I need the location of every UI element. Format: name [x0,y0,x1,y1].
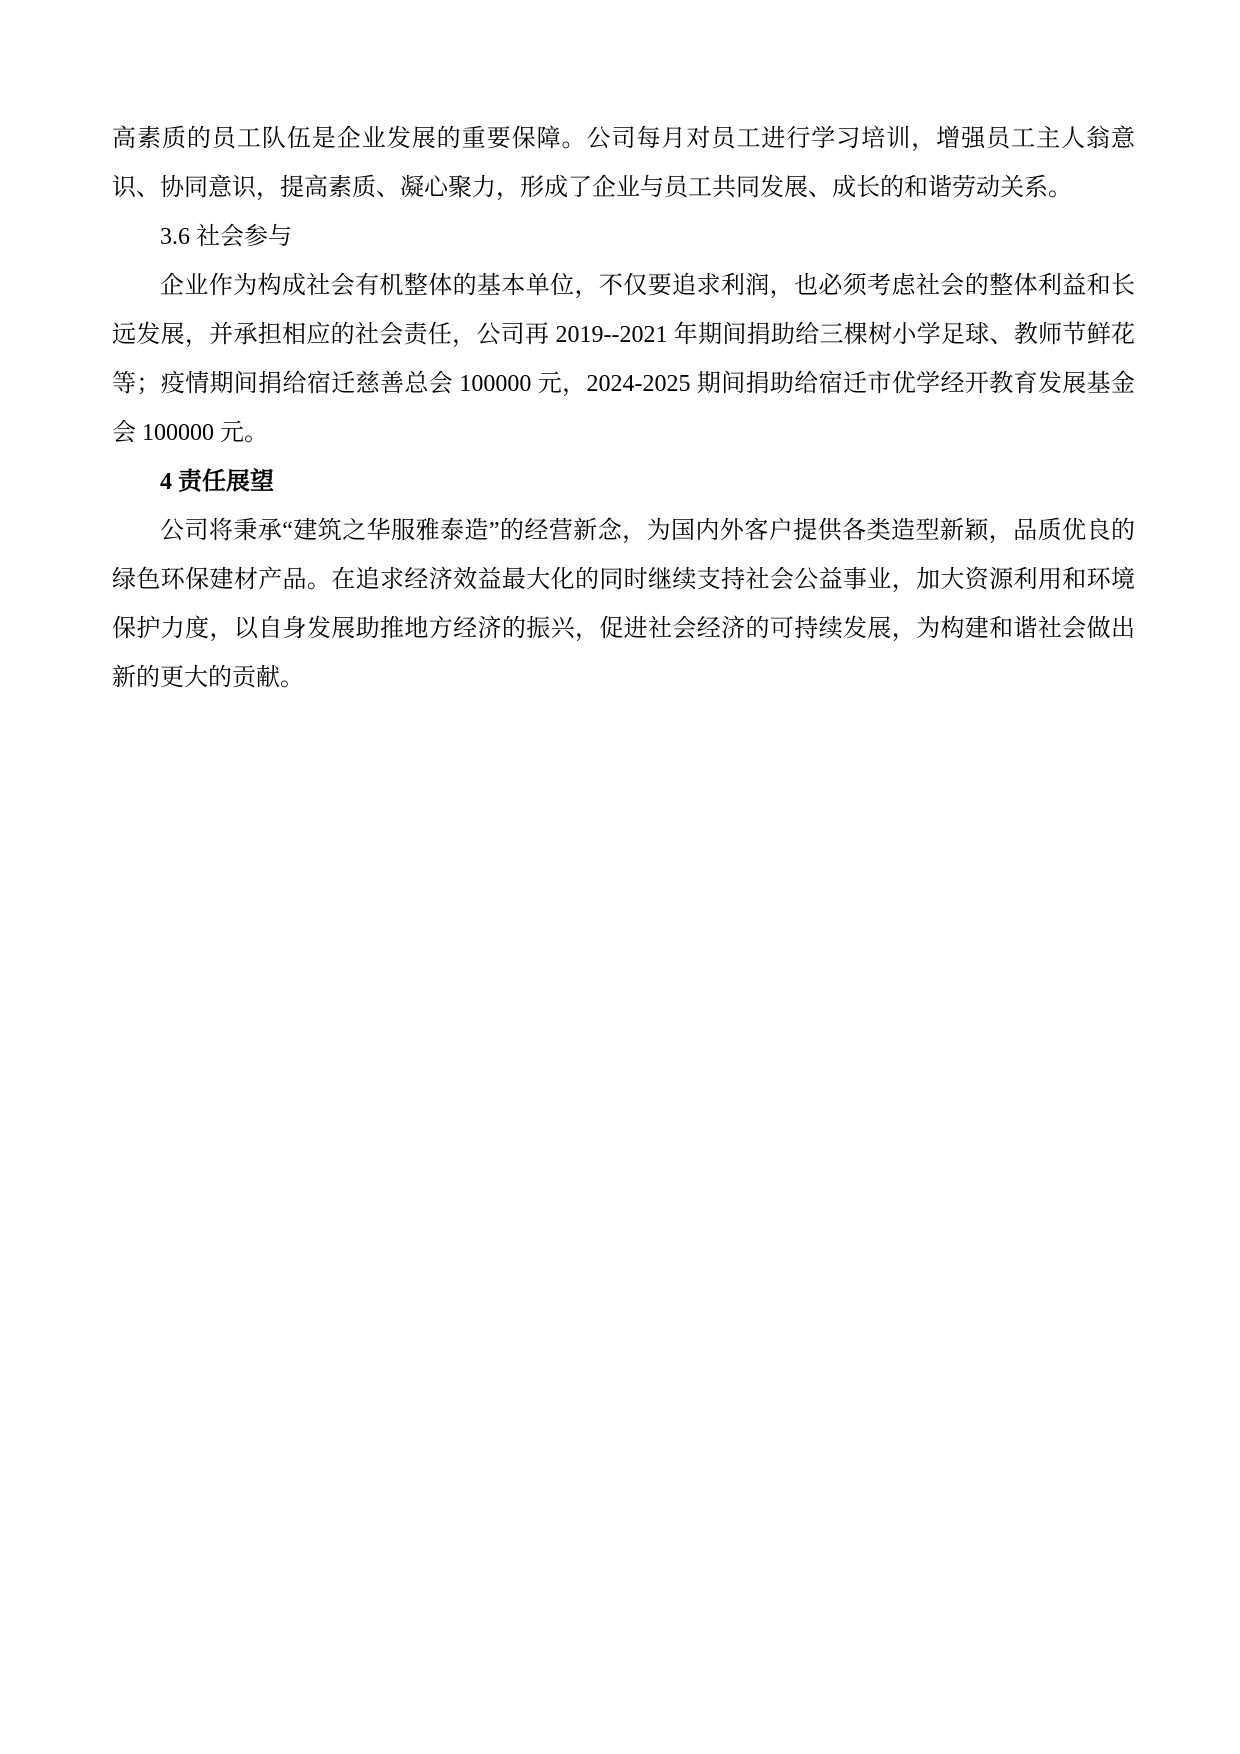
paragraph-responsibility-outlook: 公司将秉承“建筑之华服雅泰造”的经营新念，为国内外客户提供各类造型新颖，品质优良… [112,507,1135,703]
section-heading-social-participation: 3.6 社会参与 [112,213,1135,262]
document-page: 高素质的员工队伍是企业发展的重要保障。公司每月对员工进行学习培训，增强员工主人翁… [0,0,1240,1754]
paragraph-employee-quality: 高素质的员工队伍是企业发展的重要保障。公司每月对员工进行学习培训，增强员工主人翁… [112,115,1135,213]
paragraph-social-participation: 企业作为构成社会有机整体的基本单位，不仅要追求利润，也必须考虑社会的整体利益和长… [112,262,1135,458]
section-heading-responsibility-outlook: 4 责任展望 [112,458,1135,507]
